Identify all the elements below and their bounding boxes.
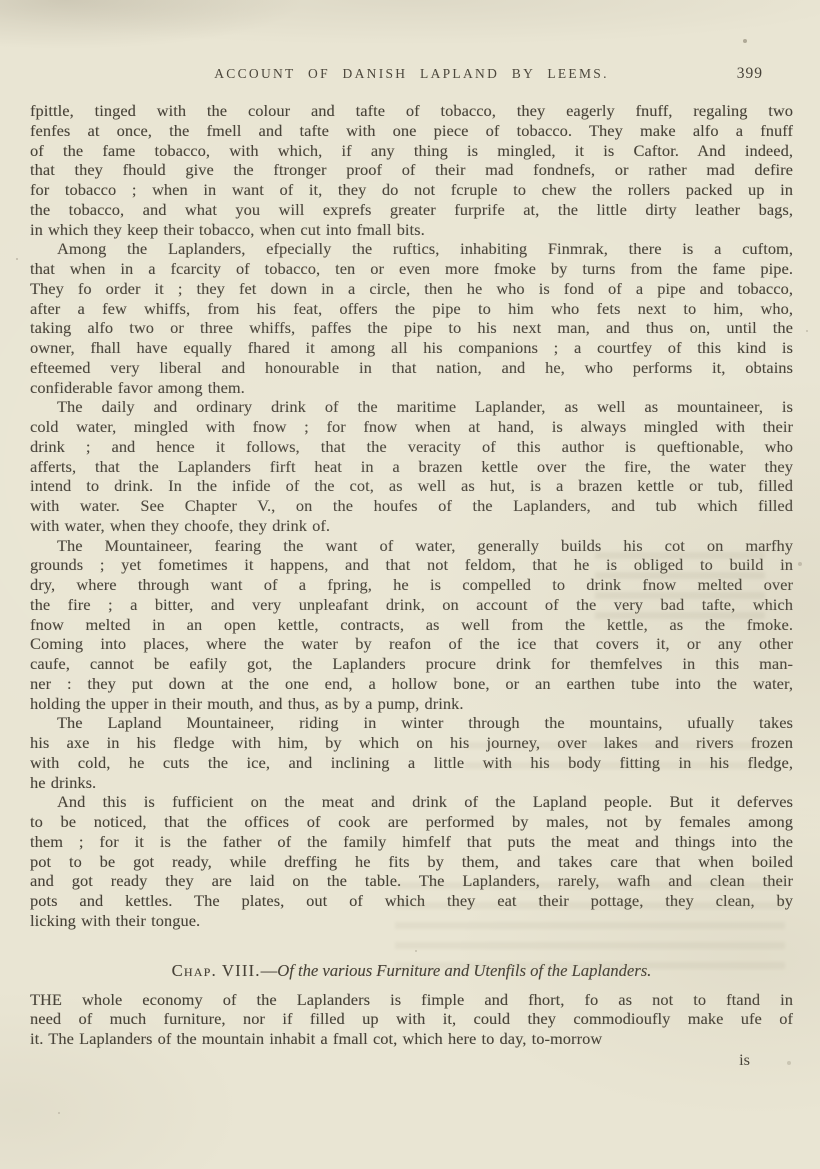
text-line: fpittle, tinged with the colour and taft… <box>30 101 793 121</box>
text-line: confiderable favor among them. <box>30 378 793 398</box>
running-title: ACCOUNT OF DANISH LAPLAND BY LEEMS. <box>30 66 793 82</box>
text-line: licking with their tongue. <box>30 911 793 931</box>
text-line: They fo order it ; they fet down in a ci… <box>30 279 793 299</box>
text-line: THE whole economy of the Laplanders is f… <box>30 990 793 1010</box>
text-line: afferts, that the Laplanders firft heat … <box>30 457 793 477</box>
text-line: for tobacco ; when in want of it, they d… <box>30 180 793 200</box>
paragraph: The daily and ordinary drink of the mari… <box>30 397 793 535</box>
text-line: fnow melted in an open kettle, contracts… <box>30 615 793 635</box>
chapter-heading: Chap. VIII.—Of the various Furniture and… <box>30 960 793 982</box>
text-line: after a few whiffs, from his feat, offer… <box>30 299 793 319</box>
text-line: The Mountaineer, fearing the want of wat… <box>30 536 793 556</box>
text-line: The Lapland Mountaineer, riding in winte… <box>30 713 793 733</box>
text-line: taking alfo two or three whiffs, paffes … <box>30 318 793 338</box>
text-line: caufe, cannot be eafily got, the Lapland… <box>30 654 793 674</box>
text-line: his axe in his fledge with him, by which… <box>30 733 793 753</box>
text-line: efteemed very liberal and honourable in … <box>30 358 793 378</box>
text-line: that when in a fcarcity of tobacco, ten … <box>30 259 793 279</box>
text-line: fenfes at once, the fmell and tafte with… <box>30 121 793 141</box>
text-line: drink ; and hence it follows, that the v… <box>30 437 793 457</box>
text-line: pots and kettles. The plates, out of whi… <box>30 891 793 911</box>
scan-specks <box>0 0 2 2</box>
text-line: holding the upper in their mouth, and th… <box>30 694 793 714</box>
text-line: The daily and ordinary drink of the mari… <box>30 397 793 417</box>
text-line: of the fame tobacco, with which, if any … <box>30 141 793 161</box>
text-line: and got ready they are laid on the table… <box>30 871 793 891</box>
text-line: with cold, he cuts the ice, and inclinin… <box>30 753 793 773</box>
chapter-label: Chap. VIII. <box>172 961 261 980</box>
chapter-body: THE whole economy of the Laplanders is f… <box>30 990 793 1049</box>
paragraph: THE whole economy of the Laplanders is f… <box>30 990 793 1049</box>
text-line: he drinks. <box>30 773 793 793</box>
text-line: that they fhould give the ftronger proof… <box>30 160 793 180</box>
text-line: ner : they put down at the one end, a ho… <box>30 674 793 694</box>
text-line: need of much furniture, nor if filled up… <box>30 1009 793 1029</box>
page-number: 399 <box>737 65 763 83</box>
text-line: Among the Laplanders, efpecially the ruf… <box>30 239 793 259</box>
paragraph: fpittle, tinged with the colour and taft… <box>30 101 793 239</box>
text-line: them ; for it is the father of the famil… <box>30 832 793 852</box>
text-line: to be noticed, that the offices of cook … <box>30 812 793 832</box>
text-line: with water. See Chapter V., on the houfe… <box>30 496 793 516</box>
catchword: is <box>30 1050 750 1070</box>
body-text: fpittle, tinged with the colour and taft… <box>30 101 793 931</box>
text-line: pot to be got ready, while dreffing he f… <box>30 852 793 872</box>
text-line: dry, where through want of a fpring, he … <box>30 575 793 595</box>
chapter-title: Of the various Furniture and Utenfils of… <box>277 961 651 980</box>
text-line: cold water, mingled with fnow ; for fnow… <box>30 417 793 437</box>
text-line: it. The Laplanders of the mountain inhab… <box>30 1029 793 1049</box>
text-line: grounds ; yet fometimes it happens, and … <box>30 555 793 575</box>
text-line: the fire ; a bitter, and very unpleafant… <box>30 595 793 615</box>
chapter-separator: — <box>261 961 278 980</box>
text-line: owner, fhall have equally fhared it amon… <box>30 338 793 358</box>
text-line: And this is fufficient on the meat and d… <box>30 792 793 812</box>
paragraph: Among the Laplanders, efpecially the ruf… <box>30 239 793 397</box>
text-line: with water, when they choofe, they drink… <box>30 516 793 536</box>
text-line: intend to drink. In the infide of the co… <box>30 476 793 496</box>
text-line: in which they keep their tobacco, when c… <box>30 220 793 240</box>
paragraph: And this is fufficient on the meat and d… <box>30 792 793 930</box>
text-line: Coming into places, where the water by r… <box>30 634 793 654</box>
page-header: ACCOUNT OF DANISH LAPLAND BY LEEMS. 399 <box>30 66 793 84</box>
text-line: the tobacco, and what you will exprefs g… <box>30 200 793 220</box>
paragraph: The Lapland Mountaineer, riding in winte… <box>30 713 793 792</box>
paragraph: The Mountaineer, fearing the want of wat… <box>30 536 793 714</box>
